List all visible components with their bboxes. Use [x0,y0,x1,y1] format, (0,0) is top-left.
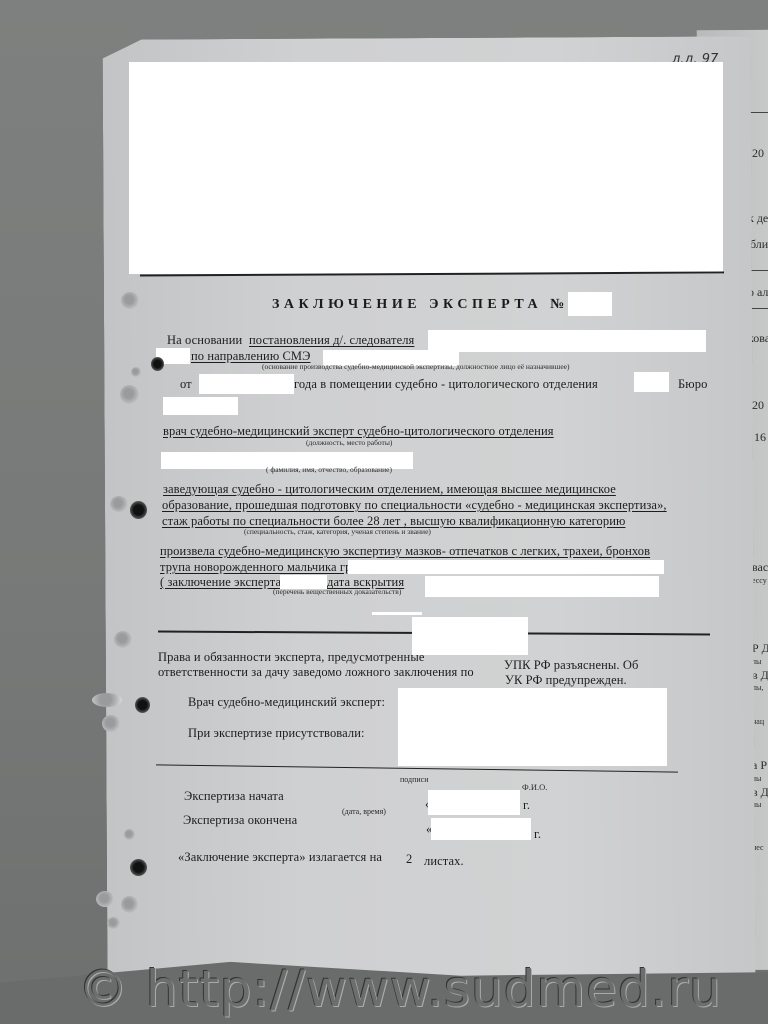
signatures-caption: подписи [400,775,429,784]
rights-line-2a: ответственности за дачу заведомо ложного… [158,665,474,680]
redacted-date [199,374,294,394]
evidence-line-2: трупа новорожденного мальчика гр. [160,560,355,575]
punch-hole [130,859,147,876]
position-line: врач судебно-медицинский эксперт судебно… [163,424,554,439]
started-label: Экспертиза начата [184,789,284,804]
punch-hole [121,896,138,913]
basis-value: постановления д/. следователя [249,333,414,348]
sheets-text-prefix: «Заключение эксперта» излагается на [178,850,382,865]
qualification-line-1: заведующая судебно - цитологическим отде… [163,482,616,497]
finished-label: Экспертиза окончена [183,813,297,828]
redacted-signatures [398,688,667,766]
basis-prefix: На основании [167,333,242,348]
sheets-text-suffix: листах. [424,854,464,869]
redacted-header [129,62,723,274]
underlying-text: блин [750,237,768,252]
qualification-caption: (специальность, стаж, категория, ученая … [244,527,431,536]
rights-line-2b: УК РФ предупрежден. [505,673,627,688]
year-suffix: г. [523,798,530,813]
redacted-investigator [428,330,706,352]
punch-hole [135,697,150,713]
present-label: При экспертизе присутствовали: [188,726,365,741]
datetime-caption: (дата, время) [342,807,386,816]
basis-caption: (основание производства судебно-медицинс… [262,362,570,371]
redacted-end-date [431,818,531,840]
redacted-field [372,612,422,615]
punch-hole [121,292,139,309]
redacted-name [348,560,664,574]
qualification-line-2: образование, прошедшая подготовку по спе… [162,498,667,513]
redacted-start-date [428,790,520,815]
rights-line-1a: Права и обязанности эксперта, предусмотр… [158,650,424,665]
underlying-text: 20 [752,146,764,161]
redacted-stamp [412,617,528,655]
underlying-text: в Д [752,668,768,683]
punch-hole [130,501,147,519]
fio-caption: Ф.И.О. [522,782,547,792]
punch-hole [107,917,120,929]
evidence-caption: (перечень вещественных доказательств) [273,587,401,596]
from-text: года в помещении судебно - цитологическо… [294,377,598,392]
punch-hole [124,829,135,840]
punch-hole [114,631,132,648]
underlying-text: ессу [752,576,767,585]
from-prefix: от [180,377,192,392]
year-suffix: г. [534,827,541,842]
redacted-bureau-name [163,397,238,415]
punch-hole [131,367,141,377]
position-caption: (должность, место работы) [306,438,392,447]
evidence-line-3-prefix: ( заключение эксперта [160,575,281,590]
sheets-count: 2 [406,852,412,867]
name-caption: ( фамилия, имя, отчество, образование) [266,465,392,474]
underlying-text: Р Д [752,641,768,656]
watermark: © http://www.sudmed.ru [78,960,722,1018]
underlying-text: 20 [752,398,764,413]
redacted-number [568,292,612,316]
expert-signature-label: Врач судебно-медицинский эксперт: [188,695,385,710]
punch-hole [96,891,114,907]
redacted-field [634,372,669,392]
rights-line-1b: УПК РФ разъяснены. Об [504,658,638,673]
punch-hole [92,693,122,707]
document-title: ЗАКЛЮЧЕНИЕ ЭКСПЕРТА № [272,297,569,313]
bureau-label: Бюро [678,377,707,392]
punch-hole [151,357,164,371]
underlying-text: вас [752,560,768,575]
redacted-field [425,576,659,597]
punch-hole [110,496,128,512]
punch-hole [120,385,139,404]
evidence-line-1: произвела судебно-медицинскую экспертизу… [160,544,650,559]
punch-hole [102,715,120,732]
